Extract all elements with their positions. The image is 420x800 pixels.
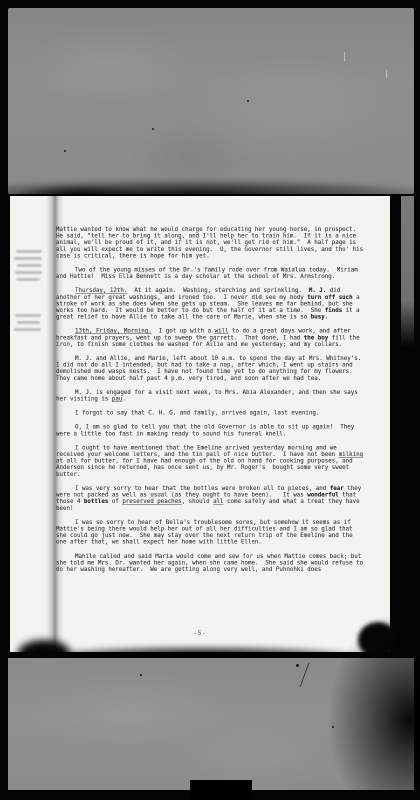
film-scratch bbox=[344, 52, 345, 61]
ghost-text-line bbox=[14, 257, 42, 260]
scanned-letter-photo: Mattie wanted to know what he would char… bbox=[0, 0, 420, 800]
film-notch bbox=[190, 780, 252, 800]
paragraph: M. J. is engaged for a visit next week, … bbox=[56, 389, 366, 402]
paragraph: I was so sorry to hear of Bella's troubl… bbox=[56, 519, 366, 545]
text-segment: of bbox=[108, 498, 122, 505]
text-segment: I forgot to say that C. H. G. and family… bbox=[75, 409, 319, 416]
text-segment: busy. bbox=[311, 313, 328, 320]
ghost-text-line bbox=[17, 321, 40, 324]
text-segment: bottles bbox=[84, 498, 108, 505]
ghost-text-line bbox=[15, 271, 42, 274]
paragraph: Two of the young misses of the Dr.'s fam… bbox=[56, 267, 366, 280]
paragraph: O, I am so glad to tell you that the old… bbox=[56, 424, 366, 437]
paragraph: I ought to have mentioned that the Emeli… bbox=[56, 444, 366, 477]
text-segment: preserved peaches bbox=[122, 498, 181, 505]
paragraph: I forgot to say that C. H. G. and family… bbox=[56, 410, 366, 417]
film-speck bbox=[140, 674, 142, 676]
corner-vignette bbox=[320, 600, 420, 800]
film-speck bbox=[152, 128, 154, 130]
paragraph: M. J. and Allie, and Marie, left about 1… bbox=[56, 355, 366, 381]
text-segment: pau bbox=[112, 395, 122, 402]
letter-page: Mattie wanted to know what he would char… bbox=[10, 196, 390, 652]
ghost-text-line bbox=[14, 328, 41, 331]
ghost-text-line bbox=[17, 264, 42, 267]
text-segment: all bbox=[213, 498, 223, 505]
film-speck bbox=[64, 150, 66, 152]
text-segment: . bbox=[122, 395, 125, 402]
text-segment: O, I am so glad to tell you that the old… bbox=[56, 423, 358, 437]
ghost-text-line bbox=[15, 314, 41, 317]
film-speck bbox=[296, 664, 299, 667]
letter-text-block: Mattie wanted to know what he would char… bbox=[56, 226, 366, 646]
text-segment: M. J. is engaged for a visit next week, … bbox=[56, 388, 361, 402]
text-segment: Mattie wanted to know what he would char… bbox=[56, 226, 367, 259]
text-segment: I ought to have mentioned that the Emeli… bbox=[56, 444, 340, 458]
paragraph: Mattie wanted to know what he would char… bbox=[56, 226, 366, 259]
paragraph: Thursday, 12th. At it again. Washing, st… bbox=[56, 287, 366, 320]
right-page-edge-sliver bbox=[401, 196, 414, 346]
ghost-text-line bbox=[16, 278, 40, 281]
text-segment: M. J. and Allie, and Marie, left about 1… bbox=[56, 355, 368, 382]
text-segment: I was so sorry to hear of Bella's troubl… bbox=[56, 518, 356, 545]
text-segment: Two of the young misses of the Dr.'s fam… bbox=[56, 266, 361, 280]
previous-page-blank bbox=[8, 8, 414, 194]
paragraph: I was very sorry to hear that the bottle… bbox=[56, 485, 366, 511]
text-segment: Mahile called and said Maria would come … bbox=[56, 552, 367, 572]
text-segment: , should bbox=[182, 498, 213, 505]
film-speck bbox=[247, 100, 249, 102]
ghost-text-line bbox=[16, 250, 42, 253]
paragraph: 13th, Friday, Morning. I got up with a w… bbox=[56, 328, 366, 348]
paragraph: Mahile called and said Maria would come … bbox=[56, 553, 366, 573]
letter-paragraphs: Mattie wanted to know what he would char… bbox=[56, 226, 366, 573]
film-scratch bbox=[386, 70, 387, 78]
